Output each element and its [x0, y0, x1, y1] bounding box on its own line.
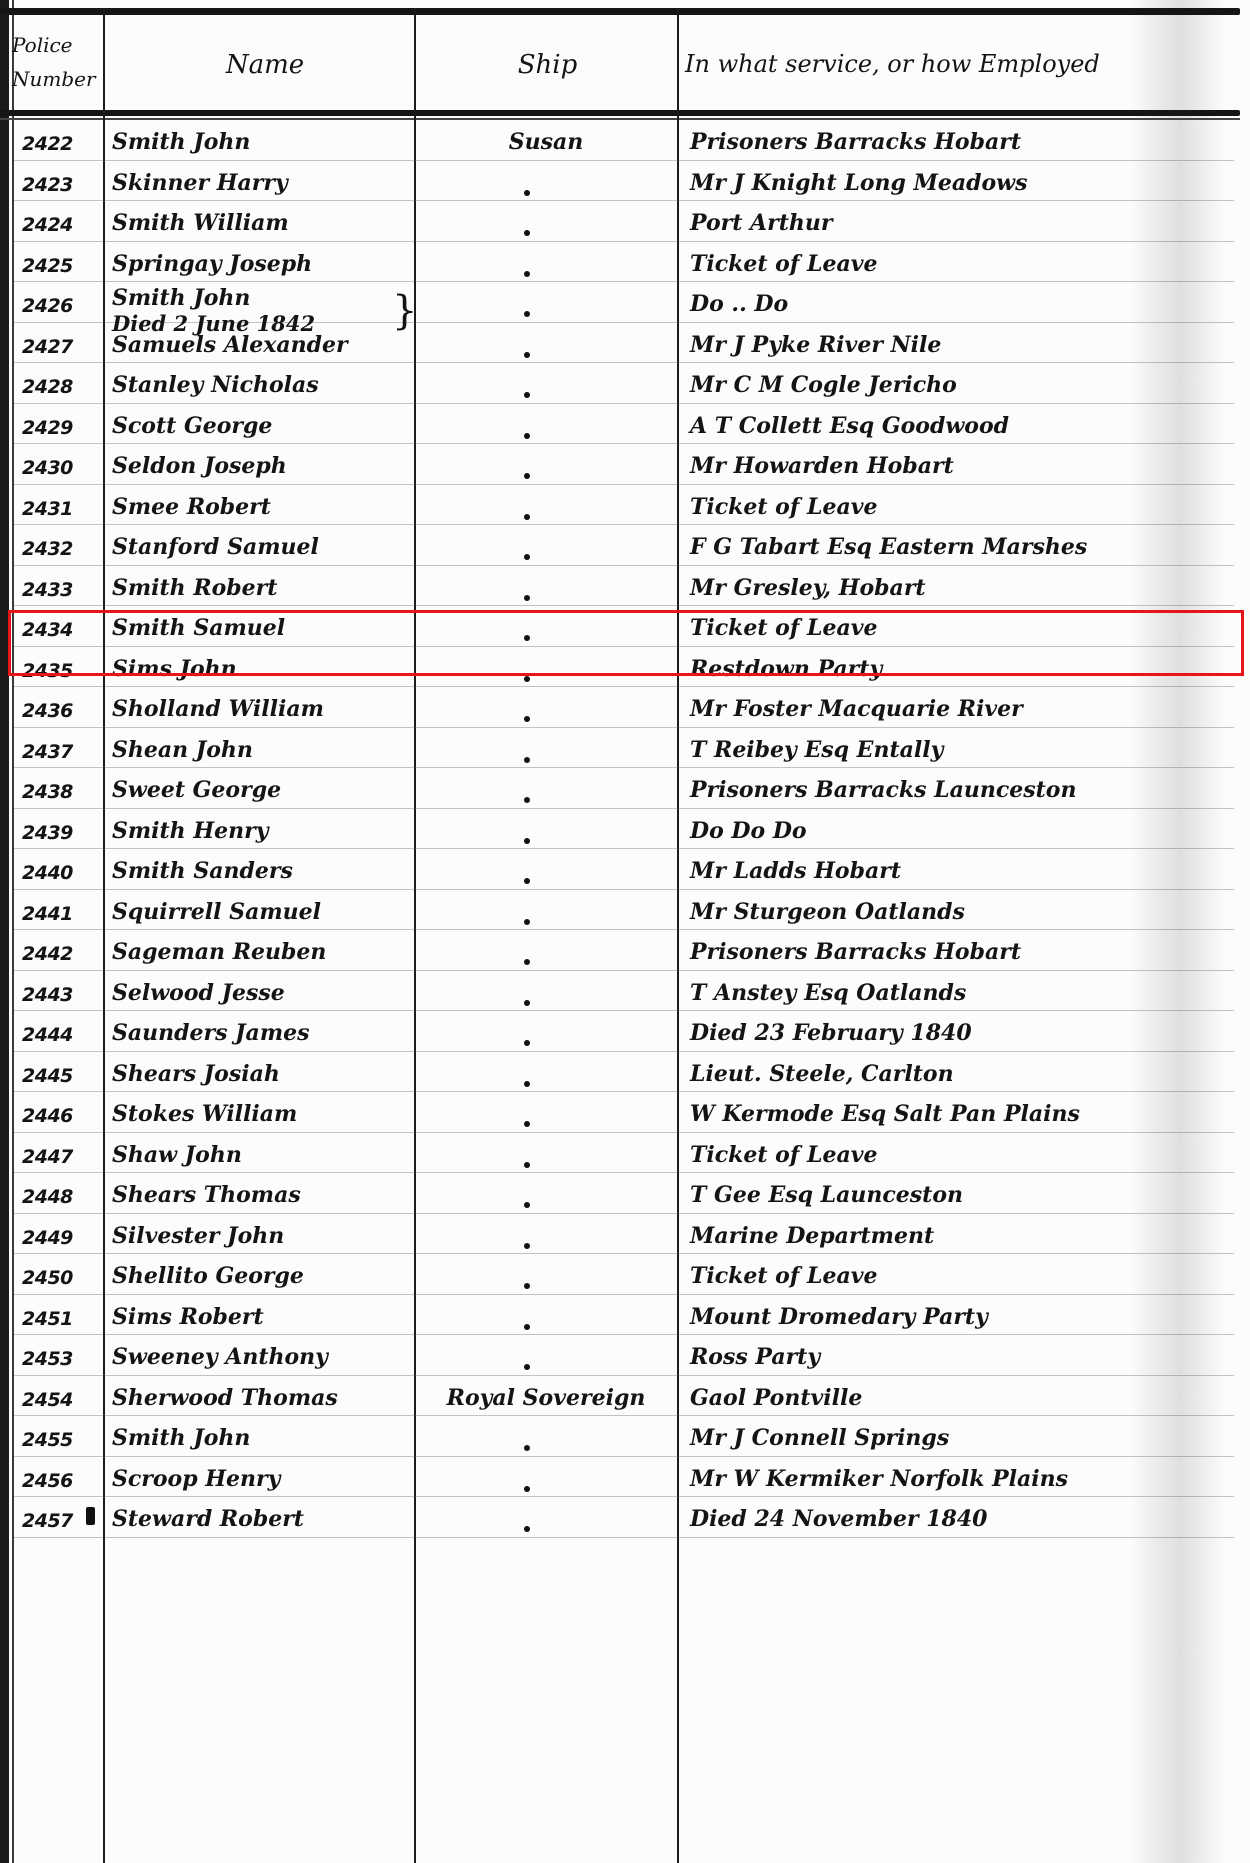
ditto-mark: [524, 190, 530, 196]
convict-name: Stanford Samuel: [112, 534, 412, 560]
table-row: 2438 Sweet George Prisoners Barracks Lau…: [0, 771, 1250, 812]
employment: T Reibey Esq Entally: [690, 737, 1230, 763]
table-row: 2451 Sims Robert Mount Dromedary Party: [0, 1298, 1250, 1339]
ledger-page: Police Number Name Ship In what service,…: [0, 0, 1250, 1863]
table-row: 2436 Sholland William Mr Foster Macquari…: [0, 690, 1250, 731]
police-number: 2434: [22, 619, 100, 641]
police-number: 2423: [22, 174, 100, 196]
table-row: 2444 Saunders James Died 23 February 184…: [0, 1014, 1250, 1055]
ditto-mark: [524, 797, 530, 803]
employment: Mr Foster Macquarie River: [690, 696, 1230, 722]
convict-name: Smith Henry: [112, 818, 412, 844]
police-number: 2425: [22, 255, 100, 277]
ditto-mark: [524, 392, 530, 398]
table-row: 2423 Skinner Harry Mr J Knight Long Mead…: [0, 164, 1250, 205]
police-number: 2448: [22, 1186, 100, 1208]
convict-name: Saunders James: [112, 1020, 412, 1046]
police-number: 2427: [22, 336, 100, 358]
table-row: 2427 Samuels Alexander Mr J Pyke River N…: [0, 326, 1250, 367]
ditto-mark: [524, 230, 530, 236]
employment: Marine Department: [690, 1223, 1230, 1249]
ditto-mark: [524, 1202, 530, 1208]
ditto-mark: [524, 1324, 530, 1330]
convict-name: Sherwood Thomas: [112, 1385, 412, 1411]
employment: W Kermode Esq Salt Pan Plains: [690, 1101, 1230, 1127]
police-number: 2450: [22, 1267, 100, 1289]
convict-name: Squirrell Samuel: [112, 899, 412, 925]
convict-name: Samuels Alexander: [112, 332, 412, 358]
table-row: 2448 Shears Thomas T Gee Esq Launceston: [0, 1176, 1250, 1217]
employment: Mr W Kermiker Norfolk Plains: [690, 1466, 1230, 1492]
table-row: 2434 Smith Samuel Ticket of Leave: [0, 609, 1250, 650]
police-number: 2430: [22, 457, 100, 479]
ditto-mark: [524, 595, 530, 601]
employment: T Gee Esq Launceston: [690, 1182, 1230, 1208]
employment: Mr J Connell Springs: [690, 1425, 1230, 1451]
ditto-mark: [524, 1445, 530, 1451]
ink-blot: [86, 1507, 95, 1525]
convict-name: Shean John: [112, 737, 412, 763]
employment: Mr J Pyke River Nile: [690, 332, 1230, 358]
employment: Ross Party: [690, 1344, 1230, 1370]
police-number: 2436: [22, 700, 100, 722]
employment: F G Tabart Esq Eastern Marshes: [690, 534, 1230, 560]
police-number: 2429: [22, 417, 100, 439]
ditto-mark: [524, 716, 530, 722]
table-row: 2431 Smee Robert Ticket of Leave: [0, 488, 1250, 529]
ditto-mark: [524, 1040, 530, 1046]
table-row: 2424 Smith William Port Arthur: [0, 204, 1250, 245]
police-number: 2441: [22, 903, 100, 925]
table-row: 2447 Shaw John Ticket of Leave: [0, 1136, 1250, 1177]
police-number: 2433: [22, 579, 100, 601]
police-number: 2449: [22, 1227, 100, 1249]
table-row: 2430 Seldon Joseph Mr Howarden Hobart: [0, 447, 1250, 488]
ship-name: Susan: [416, 129, 676, 155]
police-number: 2443: [22, 984, 100, 1006]
employment: Died 23 February 1840: [690, 1020, 1230, 1046]
police-number: 2454: [22, 1389, 100, 1411]
convict-name: Springay Joseph: [112, 251, 412, 277]
table-row: 2437 Shean John T Reibey Esq Entally: [0, 731, 1250, 772]
ditto-mark: [524, 1486, 530, 1492]
convict-name: Sageman Reuben: [112, 939, 412, 965]
convict-name: Smith William: [112, 210, 412, 236]
ditto-mark: [524, 514, 530, 520]
police-number: 2445: [22, 1065, 100, 1087]
police-number: 2437: [22, 741, 100, 763]
police-number: 2432: [22, 538, 100, 560]
table-row: 2422 Smith John Susan Prisoners Barracks…: [0, 123, 1250, 164]
table-row: 2453 Sweeney Anthony Ross Party: [0, 1338, 1250, 1379]
table-row: 2449 Silvester John Marine Department: [0, 1217, 1250, 1258]
employment: Do .. Do: [690, 291, 1230, 317]
police-number: 2435: [22, 660, 100, 682]
employment: Ticket of Leave: [690, 615, 1230, 641]
table-row: 2455 Smith John Mr J Connell Springs: [0, 1419, 1250, 1460]
employment: Port Arthur: [690, 210, 1230, 236]
table-row: 2426 Smith John Do .. Do Died 2 June 184…: [0, 285, 1250, 326]
employment: Ticket of Leave: [690, 251, 1230, 277]
police-number: 2440: [22, 862, 100, 884]
convict-name: Shaw John: [112, 1142, 412, 1168]
convict-name: Scott George: [112, 413, 412, 439]
table-row: 2454 Sherwood Thomas Royal Sovereign Gao…: [0, 1379, 1250, 1420]
convict-name: Selwood Jesse: [112, 980, 412, 1006]
header-top-rule: [0, 8, 1240, 15]
table-row: 2441 Squirrell Samuel Mr Sturgeon Oatlan…: [0, 893, 1250, 934]
convict-name: Smith John: [112, 285, 412, 311]
ditto-mark: [524, 1364, 530, 1370]
ditto-mark: [524, 554, 530, 560]
convict-name: Sholland William: [112, 696, 412, 722]
convict-name: Stokes William: [112, 1101, 412, 1127]
convict-name: Sweeney Anthony: [112, 1344, 412, 1370]
convict-name: Smith Samuel: [112, 615, 412, 641]
ship-name: Royal Sovereign: [416, 1385, 676, 1411]
police-number: 2428: [22, 376, 100, 398]
ditto-mark: [524, 1121, 530, 1127]
convict-name: Stanley Nicholas: [112, 372, 412, 398]
police-number: 2455: [22, 1429, 100, 1451]
employment: Do Do Do: [690, 818, 1230, 844]
police-number: 2426: [22, 295, 100, 317]
ditto-mark: [524, 635, 530, 641]
employment: Mr J Knight Long Meadows: [690, 170, 1230, 196]
table-row: 2457 Steward Robert Died 24 November 184…: [0, 1500, 1250, 1541]
police-number: 2442: [22, 943, 100, 965]
police-number: 2439: [22, 822, 100, 844]
police-number: 2446: [22, 1105, 100, 1127]
ditto-mark: [524, 878, 530, 884]
table-row: 2439 Smith Henry Do Do Do: [0, 812, 1250, 853]
convict-name: Sweet George: [112, 777, 412, 803]
employment: Ticket of Leave: [690, 494, 1230, 520]
police-number: 2456: [22, 1470, 100, 1492]
table-row: 2443 Selwood Jesse T Anstey Esq Oatlands: [0, 974, 1250, 1015]
convict-name: Smith John: [112, 129, 412, 155]
table-row: 2456 Scroop Henry Mr W Kermiker Norfolk …: [0, 1460, 1250, 1501]
employment: Prisoners Barracks Hobart: [690, 939, 1230, 965]
ditto-mark: [524, 1283, 530, 1289]
ditto-mark: [524, 271, 530, 277]
convict-name: Sims Robert: [112, 1304, 412, 1330]
ditto-mark: [524, 473, 530, 479]
convict-name: Scroop Henry: [112, 1466, 412, 1492]
convict-name: Smith Robert: [112, 575, 412, 601]
table-row: 2442 Sageman Reuben Prisoners Barracks H…: [0, 933, 1250, 974]
table-row: 2450 Shellito George Ticket of Leave: [0, 1257, 1250, 1298]
table-row: 2433 Smith Robert Mr Gresley, Hobart: [0, 569, 1250, 610]
employment: Mr Gresley, Hobart: [690, 575, 1230, 601]
ditto-mark: [524, 433, 530, 439]
convict-name: Shears Josiah: [112, 1061, 412, 1087]
table-row: 2435 Sims John Restdown Party: [0, 650, 1250, 691]
police-number: 2444: [22, 1024, 100, 1046]
table-row: 2429 Scott George A T Collett Esq Goodwo…: [0, 407, 1250, 448]
table-row: 2425 Springay Joseph Ticket of Leave: [0, 245, 1250, 286]
convict-name: Smith John: [112, 1425, 412, 1451]
employment: Mr Sturgeon Oatlands: [690, 899, 1230, 925]
convict-name: Skinner Harry: [112, 170, 412, 196]
police-number: 2422: [22, 133, 100, 155]
ditto-mark: [524, 352, 530, 358]
convict-name: Shellito George: [112, 1263, 412, 1289]
ditto-mark: [524, 757, 530, 763]
ditto-mark: [524, 838, 530, 844]
employment: Mr C M Cogle Jericho: [690, 372, 1230, 398]
police-number: 2453: [22, 1348, 100, 1370]
convict-name: Smith Sanders: [112, 858, 412, 884]
employment: Lieut. Steele, Carlton: [690, 1061, 1230, 1087]
employment: Restdown Party: [690, 656, 1230, 682]
employment: Mount Dromedary Party: [690, 1304, 1230, 1330]
table-row: 2428 Stanley Nicholas Mr C M Cogle Jeric…: [0, 366, 1250, 407]
employment: Prisoners Barracks Launceston: [690, 777, 1230, 803]
ditto-mark: [524, 1081, 530, 1087]
police-number: 2451: [22, 1308, 100, 1330]
ditto-mark: [524, 1243, 530, 1249]
convict-name: Seldon Joseph: [112, 453, 412, 479]
employment: Gaol Pontville: [690, 1385, 1230, 1411]
ditto-mark: [524, 676, 530, 682]
ditto-mark: [524, 1526, 530, 1532]
ditto-mark: [524, 1162, 530, 1168]
convict-name: Steward Robert: [112, 1506, 412, 1532]
header-police-number: Police Number: [12, 28, 102, 118]
table-row: 2440 Smith Sanders Mr Ladds Hobart: [0, 852, 1250, 893]
employment: Mr Ladds Hobart: [690, 858, 1230, 884]
ditto-mark: [524, 919, 530, 925]
table-row-highlighted: 2432 Stanford Samuel F G Tabart Esq East…: [0, 528, 1250, 569]
ditto-mark: [524, 1000, 530, 1006]
convict-name: Silvester John: [112, 1223, 412, 1249]
employment: Ticket of Leave: [690, 1263, 1230, 1289]
ditto-mark: [524, 959, 530, 965]
employment: A T Collett Esq Goodwood: [690, 413, 1230, 439]
employment: Ticket of Leave: [690, 1142, 1230, 1168]
convict-name: Smee Robert: [112, 494, 412, 520]
police-number: 2447: [22, 1146, 100, 1168]
police-number: 2431: [22, 498, 100, 520]
convict-name: Shears Thomas: [112, 1182, 412, 1208]
employment: Mr Howarden Hobart: [690, 453, 1230, 479]
police-number: 2424: [22, 214, 100, 236]
employment: T Anstey Esq Oatlands: [690, 980, 1230, 1006]
employment: Died 24 November 1840: [690, 1506, 1230, 1532]
convict-name: Sims John: [112, 656, 412, 682]
police-number: 2438: [22, 781, 100, 803]
ditto-mark: [524, 311, 530, 317]
table-row: 2446 Stokes William W Kermode Esq Salt P…: [0, 1095, 1250, 1136]
table-row: 2445 Shears Josiah Lieut. Steele, Carlto…: [0, 1055, 1250, 1096]
employment: Prisoners Barracks Hobart: [690, 129, 1230, 155]
